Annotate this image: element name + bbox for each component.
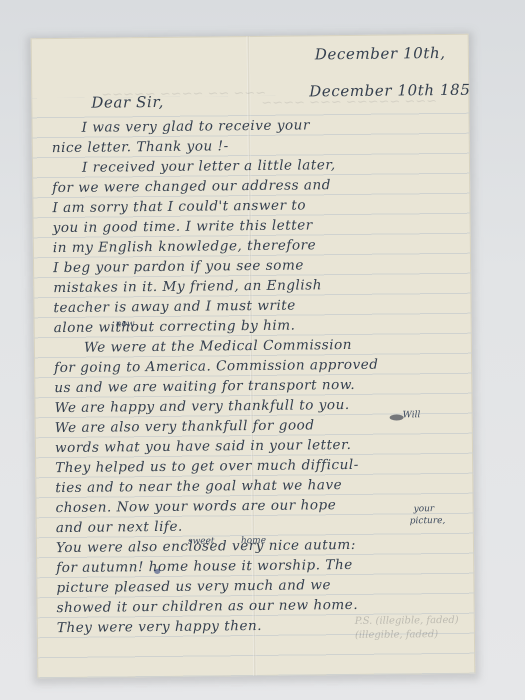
ink-blot: [154, 569, 160, 574]
correction-note: Will: [403, 410, 421, 420]
date-line-1: December 10th,: [315, 44, 446, 63]
correction-note: now: [116, 319, 135, 329]
postscript-line: (illegible, faded): [355, 628, 459, 643]
date-line-2: December 10th 1850: [309, 81, 475, 101]
postscript-line: P.S. (illegible, faded): [355, 614, 459, 629]
margin-note: your: [414, 504, 435, 514]
correction-note: home: [241, 536, 266, 546]
margin-note: picture,: [410, 516, 446, 526]
faded-postscript: P.S. (illegible, faded) (illegible, fade…: [355, 614, 459, 643]
letter-body: I was very glad to receive your nice let…: [51, 114, 466, 638]
letter-paper: ~~~ ~~ ~~~~ ~~~~~ ~~~ ~~~~~ ~~~ ~~~~ Dec…: [31, 34, 476, 679]
salutation: Dear Sir,: [91, 93, 164, 112]
correction-note: sweet: [188, 536, 215, 546]
